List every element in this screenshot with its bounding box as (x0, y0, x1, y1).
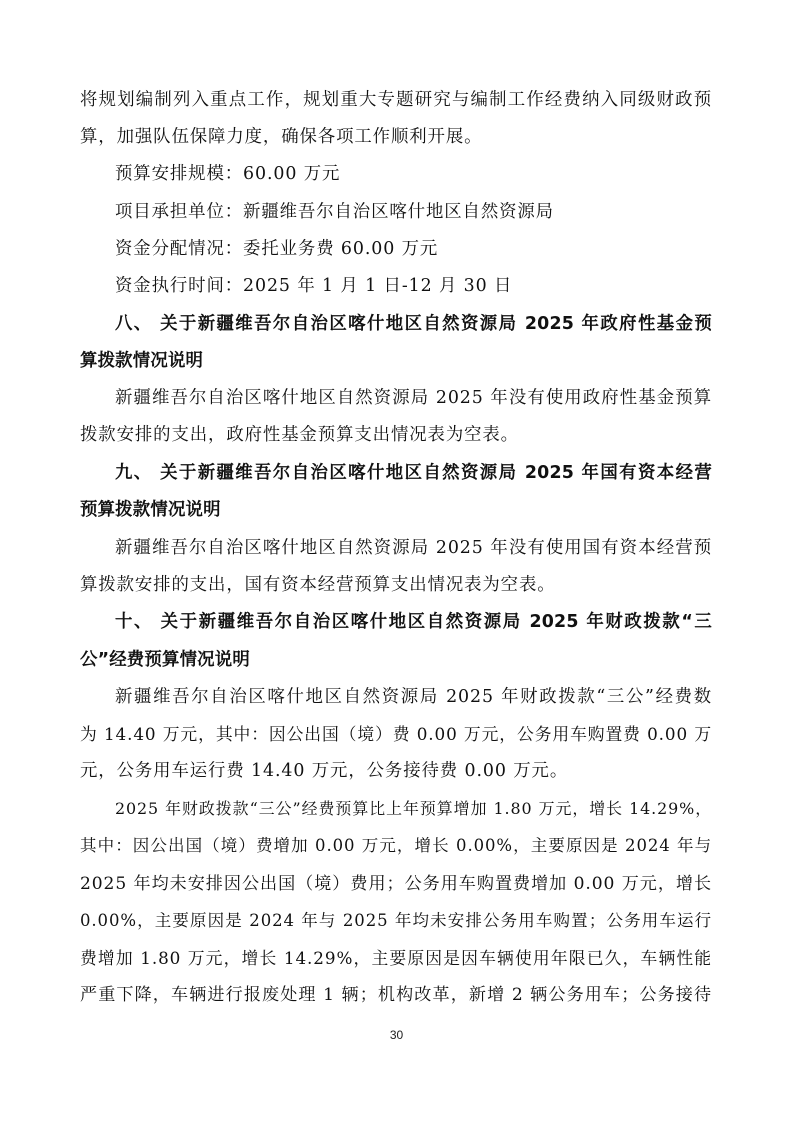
document-page: 将规划编制列入重点工作，规划重大专题研究与编制工作经费纳入同级财政预 算，加强队… (0, 0, 793, 1122)
project-unit: 项目承担单位：新疆维吾尔自治区喀什地区自然资源局 (115, 197, 712, 227)
body-line: 元，公务用车运行费 14.40 万元，公务接待费 0.00 万元。 (80, 756, 712, 786)
body-line: 算拨款安排的支出，国有资本经营预算支出情况表为空表。 (80, 570, 712, 600)
body-line: 拨款安排的支出，政府性基金预算支出情况表为空表。 (80, 420, 712, 450)
section-heading-10: 十、 关于新疆维吾尔自治区喀什地区自然资源局 2025 年财政拨款“三 (115, 607, 712, 637)
section-heading-8-cont: 算拨款情况说明 (80, 346, 712, 376)
body-line: 费增加 1.80 万元，增长 14.29%，主要原因是因车辆使用年限已久，车辆性… (80, 943, 712, 973)
body-line: 将规划编制列入重点工作，规划重大专题研究与编制工作经费纳入同级财政预 (80, 85, 712, 115)
section-heading-9-cont: 预算拨款情况说明 (80, 495, 712, 525)
body-line: 新疆维吾尔自治区喀什地区自然资源局 2025 年财政拨款“三公”经费数 (115, 682, 712, 712)
body-line: 严重下降，车辆进行报废处理 1 辆；机构改革，新增 2 辆公务用车；公务接待 (80, 980, 712, 1010)
fund-allocation: 资金分配情况：委托业务费 60.00 万元 (115, 234, 712, 264)
body-line: 算，加强队伍保障力度，确保各项工作顺利开展。 (80, 122, 712, 152)
body-line: 新疆维吾尔自治区喀什地区自然资源局 2025 年没有使用国有资本经营预 (115, 533, 712, 563)
body-line: 为 14.40 万元，其中：因公出国（境）费 0.00 万元，公务用车购置费 0… (80, 719, 712, 749)
execution-time: 资金执行时间：2025 年 1 月 1 日-12 月 30 日 (115, 271, 712, 301)
body-line: 2025 年财政拨款“三公”经费预算比上年预算增加 1.80 万元，增长 14.… (115, 794, 712, 824)
budget-scale: 预算安排规模：60.00 万元 (115, 159, 712, 189)
section-heading-8: 八、 关于新疆维吾尔自治区喀什地区自然资源局 2025 年政府性基金预 (115, 309, 712, 339)
body-line: 0.00%，主要原因是 2024 年与 2025 年均未安排公务用车购置；公务用… (80, 906, 712, 936)
body-line: 其中：因公出国（境）费增加 0.00 万元，增长 0.00%，主要原因是 202… (80, 831, 712, 861)
body-line: 2025 年均未安排因公出国（境）费用；公务用车购置费增加 0.00 万元，增长 (80, 869, 712, 899)
page-number: 30 (0, 1028, 793, 1042)
body-line: 新疆维吾尔自治区喀什地区自然资源局 2025 年没有使用政府性基金预算 (115, 383, 712, 413)
section-heading-10-cont: 公”经费预算情况说明 (80, 645, 712, 675)
section-heading-9: 九、 关于新疆维吾尔自治区喀什地区自然资源局 2025 年国有资本经营 (115, 458, 712, 488)
